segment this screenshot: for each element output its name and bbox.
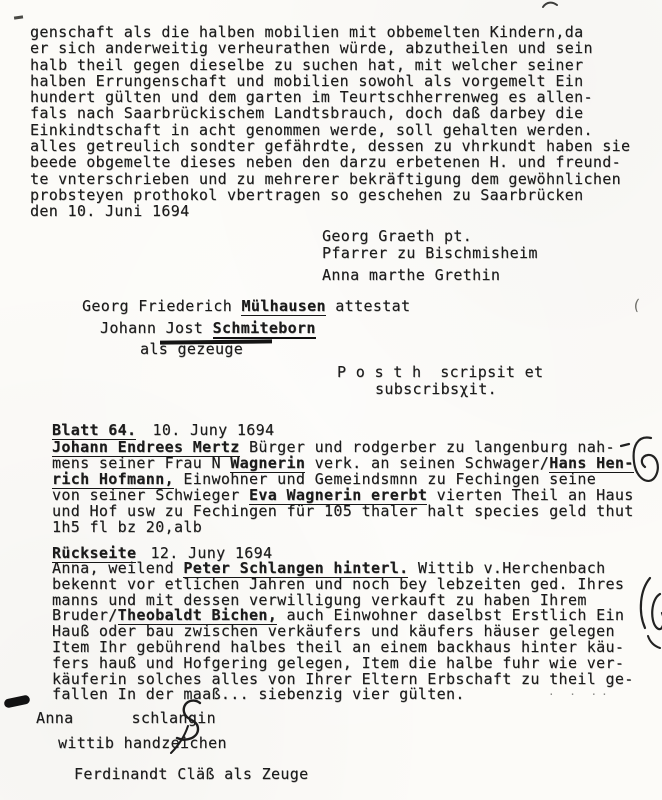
text-segment: beede obgemelte dieses neben den darzu e…	[30, 153, 621, 171]
text-line: von seiner Schwieger Eva Wagnerin ererbt…	[52, 487, 634, 503]
text-segment: als gezeuge	[140, 340, 243, 358]
text-segment: P o s t h scripsit et	[337, 363, 543, 381]
attestation-schmiteborn: Johann Jost Schmiteborn	[100, 320, 316, 337]
text-line: Anna marthe Grethin	[322, 267, 500, 284]
text-segment: 10. Juny 1694	[152, 421, 274, 439]
text-line: Georg Graeth pt.	[322, 228, 538, 245]
margin-annotation-icon	[636, 576, 662, 650]
text-line: fals nach Saarbrückischem Landtsbrauch, …	[30, 105, 630, 121]
text-line: den 10. Juni 1694	[30, 203, 630, 219]
heading-blatt-64: Blatt 64.10. Juny 1694	[52, 422, 274, 438]
text-segment: fals nach Saarbrückischem Landtsbrauch, …	[30, 104, 583, 122]
text-line: Johann Jost Schmiteborn	[100, 320, 316, 337]
text-line: P o s t h scripsit et	[337, 364, 543, 381]
text-line: halben Errungenschaft und mobilien sowoh…	[30, 73, 630, 89]
text-line: hundert gülten und dem garten im Teurtsc…	[30, 89, 630, 105]
text-line: alles getreulich sondter gefährdte, dess…	[30, 138, 630, 154]
text-segment: Georg Friederich	[82, 297, 241, 315]
signature-ferdinandt-claess: Ferdinandt Cläß als Zeuge	[74, 766, 309, 782]
attestation-als-gezeuge: als gezeuge	[140, 341, 243, 358]
text-segment: subscribsχit.	[375, 380, 497, 398]
text-segment: attestat	[326, 297, 410, 315]
text-line: probsteyen prothokol vbertragen so gesch…	[30, 187, 630, 203]
text-segment: Anna	[36, 709, 74, 727]
text-line: Blatt 64.10. Juny 1694	[52, 422, 274, 438]
underlined-name: Schmiteborn	[213, 319, 316, 339]
text-segment: 1h5 fl bz 20,alb	[52, 518, 202, 536]
margin-annotation-icon	[620, 430, 662, 498]
text-line: als gezeuge	[140, 341, 243, 358]
text-line: Johann Endrees Mertz Bürger und rodgerbe…	[52, 439, 634, 455]
text-line: Georg Friederich Mülhausen attestat	[82, 298, 410, 315]
text-line: Ferdinandt Cläß als Zeuge	[74, 766, 309, 782]
faint-margin-paren: (	[631, 296, 642, 315]
text-segment: te vnterschrieben und zu mehrerer bekräf…	[30, 170, 621, 188]
text-segment: alles getreulich sondter gefährdte, dess…	[30, 137, 630, 155]
paragraph-mertz-sale: Johann Endrees Mertz Bürger und rodgerbe…	[52, 439, 634, 535]
text-line: te vnterschrieben und zu mehrerer bekräf…	[30, 171, 630, 187]
text-segment: hundert gülten und dem garten im Teurtsc…	[30, 88, 593, 106]
text-line: er sich anderweitig verheurathen würde, …	[30, 40, 630, 56]
text-segment: den 10. Juni 1694	[30, 202, 189, 220]
text-line: halb theil gegen dieselbe zu suchen hat,…	[30, 57, 630, 73]
signature-anna-marthe-grethin: Anna marthe Grethin	[322, 267, 500, 284]
stray-dash	[14, 15, 23, 19]
scanned-typewritten-document-page: genschaft als die halben mobilien mit ob…	[0, 0, 662, 800]
text-segment: Einkindtschaft in acht genommen werde, s…	[30, 121, 593, 139]
text-segment: halben Errungenschaft und mobilien sowoh…	[30, 72, 583, 90]
ink-blob	[3, 694, 30, 708]
text-line: Pfarrer zu Bischmisheim	[322, 245, 538, 262]
text-line: subscribsχit.	[337, 381, 543, 398]
text-line: 1h5 fl bz 20,alb	[52, 519, 634, 535]
text-segment: Johann Jost	[100, 319, 213, 337]
text-segment: fallen In der maaß... siebenzig vier gül…	[52, 685, 465, 703]
attestation-muelhausen: Georg Friederich Mülhausen attestat	[82, 298, 410, 315]
text-segment: er sich anderweitig verheurathen würde, …	[30, 39, 593, 57]
text-line: Einkindtschaft in acht genommen werde, s…	[30, 122, 630, 138]
scribe-note-posth: P o s t h scripsit etsubscribsχit.	[337, 364, 543, 398]
text-line: und Hof usw zu Fechingen für 105 thaler …	[52, 503, 634, 519]
text-line: beede obgemelte dieses neben den darzu e…	[30, 154, 630, 170]
text-line: genschaft als die halben mobilien mit ob…	[30, 24, 630, 40]
paragraph-anna-schlangen-sale: Anna, weilend Peter Schlangen hinterl. W…	[52, 561, 634, 703]
underlined-name: Mülhausen	[241, 297, 325, 316]
text-segment: Ferdinandt Cläß als Zeuge	[74, 765, 309, 783]
text-segment: Pfarrer zu Bischmisheim	[322, 244, 538, 262]
signature-georg-graeth: Georg Graeth pt.Pfarrer zu Bischmisheim	[322, 228, 538, 262]
text-line: mens seiner Frau N Wagnerin verk. an sei…	[52, 455, 634, 471]
text-segment: halb theil gegen dieselbe zu suchen hat,…	[30, 56, 583, 74]
text-line: fallen In der maaß... siebenzig vier gül…	[52, 687, 634, 703]
handzeichen-mark-icon	[168, 698, 216, 754]
stray-tick	[541, 0, 559, 10]
text-segment: Anna marthe Grethin	[322, 266, 500, 284]
text-segment: Georg Graeth pt.	[322, 227, 472, 245]
text-segment: probsteyen prothokol vbertragen so gesch…	[30, 186, 583, 204]
stray-dots: · · ··	[548, 688, 612, 701]
text-line: rich Hofmann, Einwohner und Gemeindsmnn …	[52, 471, 634, 487]
paragraph-einkindschaft-contract: genschaft als die halben mobilien mit ob…	[30, 24, 630, 220]
text-segment: genschaft als die halben mobilien mit ob…	[30, 23, 583, 41]
